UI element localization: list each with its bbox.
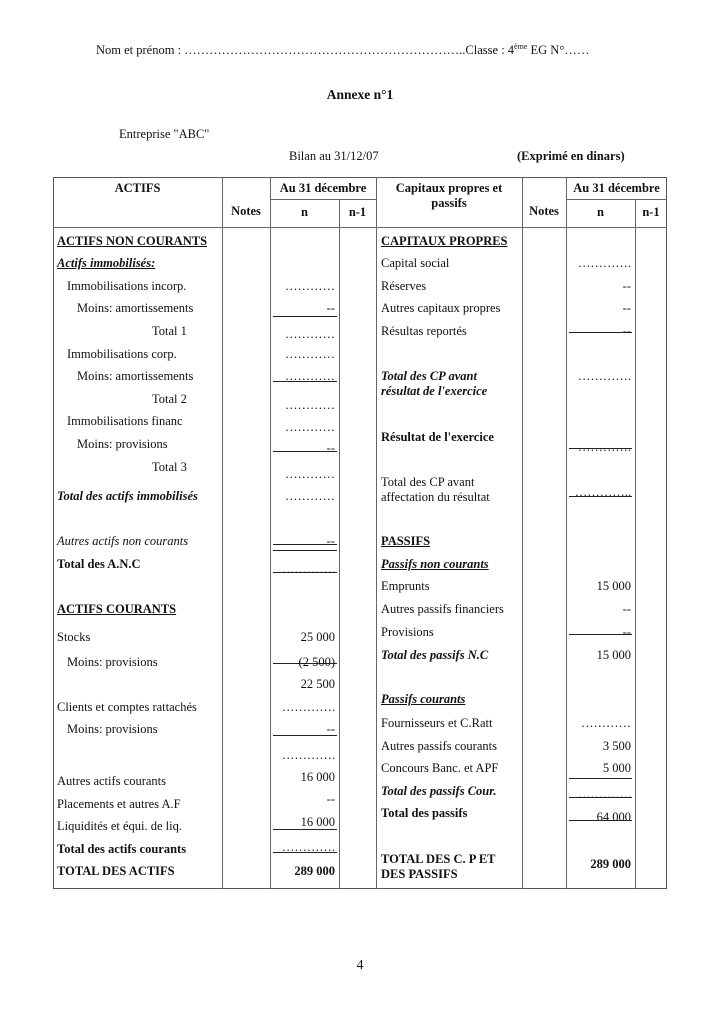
actifs-row-label: Total 1 xyxy=(152,324,187,339)
passifs-header-line1: Capitaux propres et xyxy=(376,181,522,196)
subtotal-rule xyxy=(569,448,632,449)
passifs-row-label: Provisions xyxy=(381,625,434,640)
passifs-row-label: TOTAL DES C. P ET DES PASSIFS xyxy=(381,852,496,882)
actifs-row-label: Moins: provisions xyxy=(67,655,158,670)
actifs-n1-header: n-1 xyxy=(339,205,376,220)
actifs-header: ACTIFS xyxy=(53,181,222,196)
passifs-row-value: -- xyxy=(569,301,631,316)
actifs-row-label: Stocks xyxy=(57,630,90,645)
passifs-header-line2: passifs xyxy=(376,196,522,211)
actifs-row-value: 16 000 xyxy=(273,770,335,785)
subtotal-rule xyxy=(273,735,337,736)
passifs-row-value: ………… xyxy=(569,716,631,731)
passifs-row-value: ………….. xyxy=(569,485,631,500)
actifs-row-label: Liquidités et équi. de liq. xyxy=(57,819,182,834)
passifs-row-value: 3 500 xyxy=(569,739,631,754)
actifs-row-label: Immobilisations financ xyxy=(67,414,183,429)
passifs-row-label: Réserves xyxy=(381,279,426,294)
actifs-row-label: Moins: amortissements xyxy=(77,369,193,384)
actifs-row-label: Moins: amortissements xyxy=(77,301,193,316)
subtotal-rule xyxy=(273,829,337,830)
actifs-row-value: ………… xyxy=(273,398,335,413)
passifs-n-header: n xyxy=(566,205,635,220)
passifs-row-value: -- xyxy=(569,625,631,640)
subtotal-rule xyxy=(273,381,337,382)
actifs-row-label: ACTIFS NON COURANTS xyxy=(57,234,207,249)
actifs-row-value: ………… xyxy=(273,279,335,294)
passifs-row-label: Total des CP avant affectation du résult… xyxy=(381,475,490,505)
actifs-row-label: Clients et comptes rattachés xyxy=(57,700,197,715)
column-divider xyxy=(222,177,223,889)
passifs-row-label: CAPITAUX PROPRES xyxy=(381,234,508,249)
actifs-row-value: ………… xyxy=(273,347,335,362)
balance-sheet-title: Bilan au 31/12/07 xyxy=(289,149,379,164)
actifs-row-label: Actifs immobilisés: xyxy=(57,256,155,271)
actifs-period-header: Au 31 décembre xyxy=(270,181,376,196)
passifs-row-label: Total des passifs N.C xyxy=(381,648,488,663)
passifs-row-label: Fournisseurs et C.Ratt xyxy=(381,716,492,731)
row-divider xyxy=(53,227,667,228)
actifs-row-value: 289 000 xyxy=(273,864,335,879)
passifs-row-value: -- xyxy=(569,602,631,617)
passifs-row-label: Total des passifs xyxy=(381,806,467,821)
actifs-row-label: Immobilisations corp. xyxy=(67,347,177,362)
actifs-row-value: -- xyxy=(273,441,335,456)
passifs-row-label: Résultat de l'exercice xyxy=(381,430,494,445)
passifs-row-label: Autres passifs courants xyxy=(381,739,497,754)
column-divider xyxy=(270,177,271,889)
actifs-row-value: ………… xyxy=(273,420,335,435)
annexe-title: Annexe n°1 xyxy=(0,87,720,103)
subtotal-rule xyxy=(273,572,337,573)
actifs-row-label: Total des actifs immobilisés xyxy=(57,489,198,504)
subtotal-rule xyxy=(569,496,632,497)
subtotal-rule xyxy=(273,316,337,317)
subtotal-rule xyxy=(569,778,632,779)
company-name: Entreprise "ABC" xyxy=(119,127,209,142)
passifs-row-label: Capital social xyxy=(381,256,449,271)
passifs-row-label: Total des passifs Cour. xyxy=(381,784,497,799)
actifs-row-label: Total 3 xyxy=(152,460,187,475)
row-divider xyxy=(566,199,667,200)
actifs-row-value: ………… xyxy=(273,489,335,504)
actifs-row-label: Autres actifs non courants xyxy=(57,534,188,549)
actifs-row-label: Immobilisations incorp. xyxy=(67,279,186,294)
actifs-row-label: Moins: provisions xyxy=(77,437,168,452)
subtotal-rule xyxy=(273,550,337,551)
actifs-row-label: ACTIFS COURANTS xyxy=(57,602,176,617)
page-number: 4 xyxy=(0,958,720,974)
actifs-row-label: Total 2 xyxy=(152,392,187,407)
actifs-row-label: Moins: provisions xyxy=(67,722,158,737)
passifs-row-value: -- xyxy=(569,279,631,294)
column-divider xyxy=(522,177,523,889)
passifs-row-label: Passifs courants xyxy=(381,692,465,707)
passifs-row-value: 289 000 xyxy=(569,857,631,872)
column-divider xyxy=(566,177,567,889)
actifs-row-label: Placements et autres A.F xyxy=(57,797,181,812)
actifs-row-label: Autres actifs courants xyxy=(57,774,166,789)
subtotal-rule xyxy=(273,544,337,545)
passifs-row-label: PASSIFS xyxy=(381,534,430,549)
actifs-row-value: …………. xyxy=(273,700,335,715)
actifs-row-label: TOTAL DES ACTIFS xyxy=(57,864,175,879)
actifs-row-value: -- xyxy=(273,792,335,807)
actifs-row-label: Total des actifs courants xyxy=(57,842,186,857)
passifs-row-value: 15 000 xyxy=(569,579,631,594)
passifs-row-label: Passifs non courants xyxy=(381,557,489,572)
column-divider xyxy=(635,199,636,889)
passifs-row-value: 5 000 xyxy=(569,761,631,776)
actifs-row-value: 25 000 xyxy=(273,630,335,645)
actifs-row-value: 22 500 xyxy=(273,677,335,692)
actifs-row-value: …………. xyxy=(273,562,335,577)
actifs-row-label: Total des A.N.C xyxy=(57,557,141,572)
passifs-row-label: Résultas reportés xyxy=(381,324,467,339)
row-divider xyxy=(270,199,376,200)
actifs-row-value: ………… xyxy=(273,467,335,482)
subtotal-rule xyxy=(569,634,632,635)
actifs-row-value: -- xyxy=(273,534,335,549)
subtotal-rule xyxy=(273,852,337,853)
actifs-row-value: …………. xyxy=(273,748,335,763)
actifs-row-value: -- xyxy=(273,301,335,316)
passifs-n1-header: n-1 xyxy=(635,205,667,220)
actifs-row-value: 16 000 xyxy=(273,815,335,830)
passifs-row-label: Total des CP avant résultat de l'exercic… xyxy=(381,369,487,399)
student-name-class-line: Nom et prénom : …………………………………………………………..… xyxy=(96,42,589,58)
subtotal-rule xyxy=(569,797,632,798)
currency-note: (Exprimé en dinars) xyxy=(517,149,625,164)
actifs-row-value: ………… xyxy=(273,327,335,342)
passifs-row-value: …………. xyxy=(569,256,631,271)
passifs-row-label: Emprunts xyxy=(381,579,430,594)
subtotal-rule xyxy=(273,663,337,664)
passifs-period-header: Au 31 décembre xyxy=(566,181,667,196)
actifs-n-header: n xyxy=(270,205,339,220)
passifs-row-value: …………. xyxy=(569,787,631,802)
passifs-row-label: Concours Banc. et APF xyxy=(381,761,498,776)
passifs-row-label: Autres passifs financiers xyxy=(381,602,504,617)
actifs-notes-header: Notes xyxy=(222,204,270,219)
column-divider xyxy=(376,177,377,889)
subtotal-rule xyxy=(569,820,632,821)
subtotal-rule xyxy=(273,451,337,452)
passifs-row-label: Autres capitaux propres xyxy=(381,301,500,316)
passifs-row-value: 15 000 xyxy=(569,648,631,663)
passifs-notes-header: Notes xyxy=(522,204,566,219)
subtotal-rule xyxy=(569,332,632,333)
passifs-row-value: …………. xyxy=(569,369,631,384)
column-divider xyxy=(339,199,340,889)
passifs-row-value: 64 000 xyxy=(569,810,631,825)
